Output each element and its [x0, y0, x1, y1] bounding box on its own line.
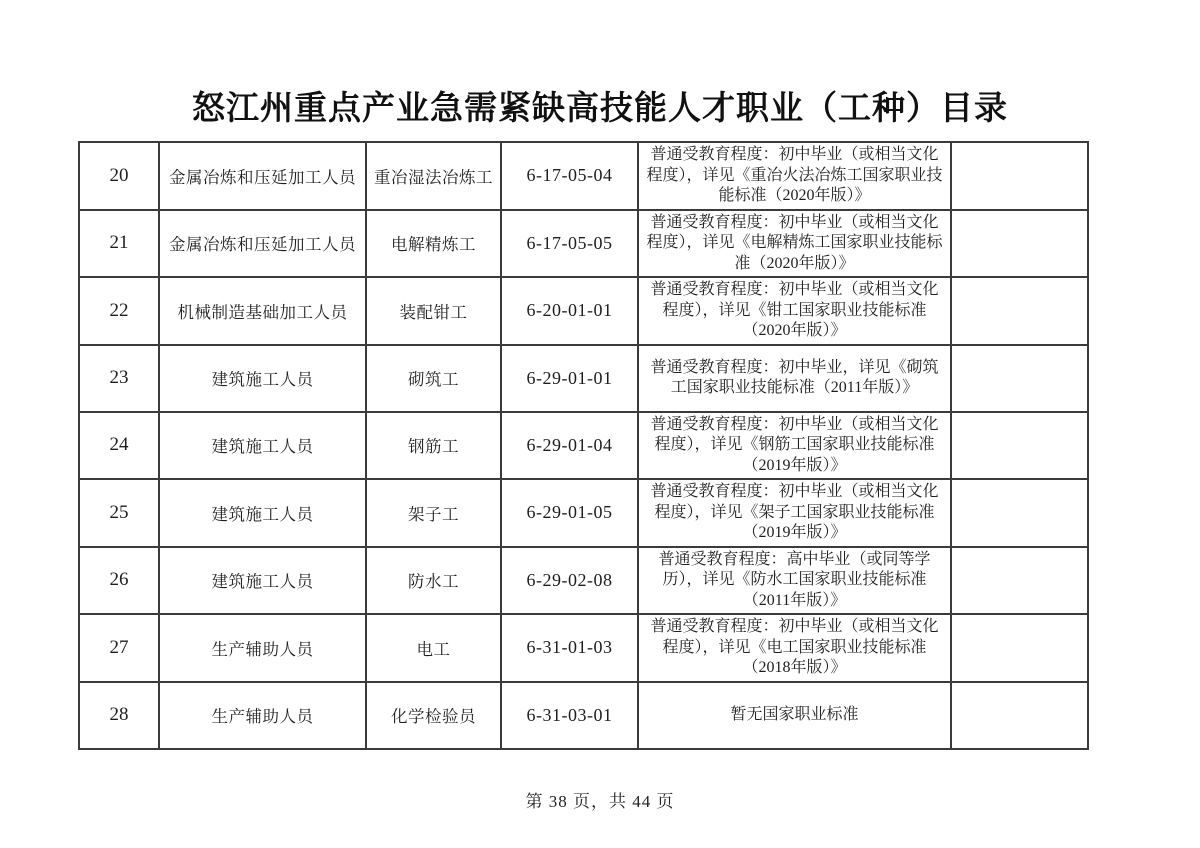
table-row: 21 金属冶炼和压延加工人员 电解精炼工 6-17-05-05 普通受教育程度：… [79, 210, 1088, 278]
requirement-cell: 普通受教育程度：初中毕业，详见《砌筑工国家职业技能标准（2011年版）》 [638, 345, 951, 412]
table-row: 26 建筑施工人员 防水工 6-29-02-08 普通受教育程度：高中毕业（或同… [79, 547, 1088, 615]
table-row: 20 金属冶炼和压延加工人员 重冶湿法冶炼工 6-17-05-04 普通受教育程… [79, 142, 1088, 210]
code-cell: 6-17-05-04 [501, 142, 638, 210]
empty-cell [951, 614, 1088, 682]
requirement-cell: 普通受教育程度：初中毕业（或相当文化程度），详见《钢筋工国家职业技能标准（201… [638, 412, 951, 480]
code-cell: 6-29-01-01 [501, 345, 638, 412]
empty-cell [951, 412, 1088, 480]
code-cell: 6-29-02-08 [501, 547, 638, 615]
occupation-cell: 电工 [366, 614, 501, 682]
table-row: 28 生产辅助人员 化学检验员 6-31-03-01 暂无国家职业标准 [79, 682, 1088, 749]
document-page: 怒江州重点产业急需紧缺高技能人才职业（工种）目录 20 金属冶炼和压延加工人员 … [0, 0, 1200, 848]
table-row: 25 建筑施工人员 架子工 6-29-01-05 普通受教育程度：初中毕业（或相… [79, 479, 1088, 547]
row-number: 23 [79, 345, 159, 412]
requirement-cell: 普通受教育程度：初中毕业（或相当文化程度），详见《架子工国家职业技能标准（201… [638, 479, 951, 547]
table-row: 23 建筑施工人员 砌筑工 6-29-01-01 普通受教育程度：初中毕业，详见… [79, 345, 1088, 412]
requirement-cell: 普通受教育程度：初中毕业（或相当文化程度），详见《电解精炼工国家职业技能标准（2… [638, 210, 951, 278]
row-number: 20 [79, 142, 159, 210]
row-number: 28 [79, 682, 159, 749]
empty-cell [951, 345, 1088, 412]
page-title: 怒江州重点产业急需紧缺高技能人才职业（工种）目录 [0, 82, 1200, 129]
occupation-cell: 防水工 [366, 547, 501, 615]
empty-cell [951, 479, 1088, 547]
category-cell: 金属冶炼和压延加工人员 [159, 210, 366, 278]
row-number: 26 [79, 547, 159, 615]
empty-cell [951, 210, 1088, 278]
occupation-cell: 架子工 [366, 479, 501, 547]
code-cell: 6-17-05-05 [501, 210, 638, 278]
category-cell: 建筑施工人员 [159, 547, 366, 615]
occupation-cell: 钢筋工 [366, 412, 501, 480]
row-number: 21 [79, 210, 159, 278]
page-number-footer: 第 38 页，共 44 页 [0, 787, 1200, 812]
table-row: 27 生产辅助人员 电工 6-31-01-03 普通受教育程度：初中毕业（或相当… [79, 614, 1088, 682]
code-cell: 6-29-01-04 [501, 412, 638, 480]
category-cell: 生产辅助人员 [159, 682, 366, 749]
code-cell: 6-20-01-01 [501, 277, 638, 345]
table-row: 24 建筑施工人员 钢筋工 6-29-01-04 普通受教育程度：初中毕业（或相… [79, 412, 1088, 480]
row-number: 27 [79, 614, 159, 682]
requirement-cell: 暂无国家职业标准 [638, 682, 951, 749]
requirement-cell: 普通受教育程度：初中毕业（或相当文化程度），详见《重冶火法冶炼工国家职业技能标准… [638, 142, 951, 210]
empty-cell [951, 547, 1088, 615]
requirement-cell: 普通受教育程度：高中毕业（或同等学历），详见《防水工国家职业技能标准（2011年… [638, 547, 951, 615]
occupation-cell: 重冶湿法冶炼工 [366, 142, 501, 210]
category-cell: 建筑施工人员 [159, 479, 366, 547]
row-number: 25 [79, 479, 159, 547]
category-cell: 建筑施工人员 [159, 412, 366, 480]
category-cell: 金属冶炼和压延加工人员 [159, 142, 366, 210]
occupation-cell: 装配钳工 [366, 277, 501, 345]
occupation-catalog-table: 20 金属冶炼和压延加工人员 重冶湿法冶炼工 6-17-05-04 普通受教育程… [78, 141, 1089, 750]
code-cell: 6-31-03-01 [501, 682, 638, 749]
category-cell: 生产辅助人员 [159, 614, 366, 682]
occupation-cell: 化学检验员 [366, 682, 501, 749]
category-cell: 建筑施工人员 [159, 345, 366, 412]
empty-cell [951, 682, 1088, 749]
occupation-cell: 电解精炼工 [366, 210, 501, 278]
empty-cell [951, 277, 1088, 345]
row-number: 22 [79, 277, 159, 345]
table-row: 22 机械制造基础加工人员 装配钳工 6-20-01-01 普通受教育程度：初中… [79, 277, 1088, 345]
occupation-cell: 砌筑工 [366, 345, 501, 412]
code-cell: 6-29-01-05 [501, 479, 638, 547]
code-cell: 6-31-01-03 [501, 614, 638, 682]
requirement-cell: 普通受教育程度：初中毕业（或相当文化程度），详见《电工国家职业技能标准（2018… [638, 614, 951, 682]
row-number: 24 [79, 412, 159, 480]
category-cell: 机械制造基础加工人员 [159, 277, 366, 345]
empty-cell [951, 142, 1088, 210]
requirement-cell: 普通受教育程度：初中毕业（或相当文化程度），详见《钳工国家职业技能标准（2020… [638, 277, 951, 345]
